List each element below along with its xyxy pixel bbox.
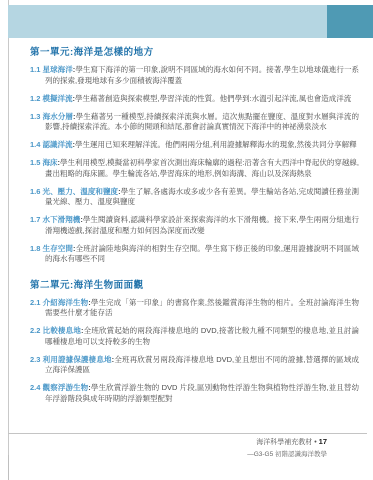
item-label: 1.3 海水分層 bbox=[30, 112, 73, 121]
item-label: 2.2 比較棲息地 bbox=[30, 326, 81, 335]
item-label: 2.3 利用證據保護棲息地 bbox=[30, 355, 112, 364]
page-content: 第一單元:海洋是怎樣的地方 1.1 星球海洋:學生寫下海洋的第一印象,說明不同區… bbox=[30, 44, 359, 416]
item-label: 1.5 海床 bbox=[30, 158, 58, 167]
item-text: 學生利用模型,模擬當初科學家首次測出海床輪廓的過程:沿著含有大西洋中脊起伏的穿越… bbox=[45, 158, 359, 178]
page-footer: 海洋科學補充教材 • 17 —G3-G5 初階認識海洋教學 bbox=[247, 437, 327, 458]
list-item: 2.4 觀察浮游生物:學生欣賞浮游生物的 DVD 片段,區別動物性浮游生物與植物… bbox=[30, 383, 359, 404]
unit-1-title: 第一單元:海洋是怎樣的地方 bbox=[30, 44, 359, 58]
list-item: 2.3 利用證據保護棲息地:全班再欣賞另兩段海洋棲息地 DVD,並且想出不同的證… bbox=[30, 355, 359, 376]
list-item: 1.8 生存空間:全班討論陸地與海洋的相對生存空間。學生寫下修正後的印象,運用證… bbox=[30, 244, 359, 265]
footer-bullet: • bbox=[314, 439, 316, 446]
item-label: 1.1 星球海洋 bbox=[30, 65, 73, 74]
item-label: 2.1 介紹海洋生物 bbox=[30, 298, 88, 307]
unit-2: 第二單元:海洋生物面面觀 2.1 介紹海洋生物:學生完成「第一印象」的書寫作業,… bbox=[30, 277, 359, 405]
footer-subtitle: —G3-G5 初階認識海洋教學 bbox=[247, 449, 327, 458]
item-text: 全班討論陸地與海洋的相對生存空間。學生寫下修正後的印象,運用證據說明不同區域的海… bbox=[45, 244, 359, 264]
footer-book-title: 海洋科學補充教材 • 17 bbox=[247, 437, 327, 447]
item-text: 學生閱讀資料,認識科學家設計來探索海洋的水下滑翔機。接下來,學生兩兩分組進行滑翔… bbox=[45, 215, 359, 235]
item-text: 全班欣賞起始的兩段海洋棲息地的 DVD,接著比較九種不同類型的棲息地,並且討論哪… bbox=[45, 326, 359, 346]
item-label: 1.2 模擬洋流 bbox=[30, 94, 73, 103]
item-label: 1.6 光、壓力、溫度和鹽度 bbox=[30, 187, 118, 196]
item-label: 1.8 生存空間 bbox=[30, 244, 73, 253]
list-item: 1.2 模擬洋流:學生藉著創造與探索模型,學習洋流的性質。他們學到:水溫引起洋流… bbox=[30, 94, 359, 105]
item-label: 1.4 認識洋流 bbox=[30, 140, 73, 149]
list-item: 1.4 認識洋流:學生運用已知來理解洋流。他們兩兩分組,利用證據解釋海水的現象,… bbox=[30, 140, 359, 151]
footer-rule bbox=[8, 433, 367, 434]
item-text: 學生欣賞浮游生物的 DVD 片段,區別動物性浮游生物與植物性浮游生物,並且替幼年… bbox=[45, 383, 359, 403]
item-text: 學生藉著創造與探索模型,學習洋流的性質。他們學到:水溫引起洋流,風也會造成洋流 bbox=[75, 94, 351, 103]
list-item: 2.1 介紹海洋生物:學生完成「第一印象」的書寫作業,然後鑑賞海洋生物的相片。全… bbox=[30, 298, 359, 319]
item-text: 學生運用已知來理解洋流。他們兩兩分組,利用證據解釋海水的現象,然後共同分享解釋 bbox=[75, 140, 357, 149]
item-text: 學生寫下海洋的第一印象,說明不同區域的海水如何不同。接著,學生以地球儀進行一系列… bbox=[45, 65, 359, 85]
list-item: 1.1 星球海洋:學生寫下海洋的第一印象,說明不同區域的海水如何不同。接著,學生… bbox=[30, 65, 359, 86]
list-item: 1.3 海水分層:學生藉著另一種模型,持續探索洋流與水層。這次焦點擺在鹽度、溫度… bbox=[30, 112, 359, 133]
item-label: 2.4 觀察浮游生物 bbox=[30, 383, 88, 392]
page-number: 17 bbox=[319, 437, 327, 446]
document-page: { "header": { "label": "小節概述" }, "colon"… bbox=[0, 0, 373, 480]
header-band: 小節概述 bbox=[8, 5, 373, 38]
list-item: 1.5 海床:學生利用模型,模擬當初科學家首次測出海床輪廓的過程:沿著含有大西洋… bbox=[30, 158, 359, 179]
header-accent-block bbox=[327, 5, 373, 38]
list-item: 2.2 比較棲息地:全班欣賞起始的兩段海洋棲息地的 DVD,接著比較九種不同類型… bbox=[30, 326, 359, 347]
list-item: 1.7 水下滑翔機:學生閱讀資料,認識科學家設計來探索海洋的水下滑翔機。接下來,… bbox=[30, 215, 359, 236]
page-edge-line bbox=[8, 0, 9, 480]
item-label: 1.7 水下滑翔機 bbox=[30, 215, 80, 224]
item-text: 學生完成「第一印象」的書寫作業,然後鑑賞海洋生物的相片。全班討論海洋生物需要些什… bbox=[45, 298, 359, 318]
item-text: 學生藉著另一種模型,持續探索洋流與水層。這次焦點擺在鹽度、溫度對水層與洋流的影響… bbox=[45, 112, 359, 132]
list-item: 1.6 光、壓力、溫度和鹽度:學生了解,各處海水或多或少各有差異。學生輪站各站,… bbox=[30, 187, 359, 208]
unit-1: 第一單元:海洋是怎樣的地方 1.1 星球海洋:學生寫下海洋的第一印象,說明不同區… bbox=[30, 44, 359, 265]
unit-2-title: 第二單元:海洋生物面面觀 bbox=[30, 277, 359, 291]
footer-book-name: 海洋科學補充教材 bbox=[256, 439, 312, 446]
page-corner-tick bbox=[8, 455, 9, 480]
